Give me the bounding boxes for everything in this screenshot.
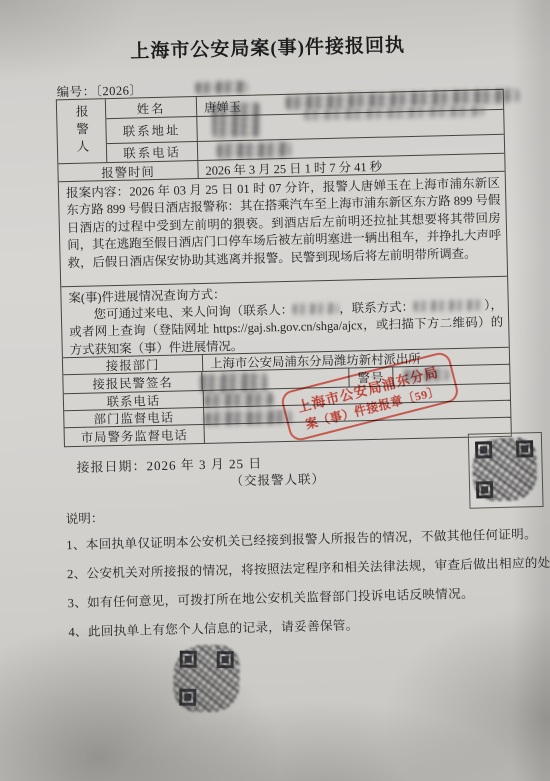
dept-phone-label: 部门监督电话 <box>64 408 203 427</box>
note-item: 1、本回执单仅证明本公安机关已经接到报警人所报告的情况，不做其他任何证明。 <box>66 522 550 553</box>
redacted-document-number <box>195 81 247 94</box>
redacted-contact-phone <box>205 392 273 408</box>
city-phone-label: 市局警务监督电话 <box>65 425 204 446</box>
reporter-group-label: 报警人 <box>72 105 91 158</box>
notes-title: 说明： <box>65 496 550 527</box>
receipt-document: 上海市公安局案(事)件接报回执 编号：〔2026〕 报警人 姓名 唐婵玉 联系地… <box>0 0 550 781</box>
document-number-label: 编号： <box>56 84 95 99</box>
qr-code-icon <box>475 440 534 498</box>
redacted-phone <box>217 142 291 159</box>
qr-code-icon <box>179 651 234 707</box>
report-content-row: 报案内容：2026 年 03 月 25 日 01 时 07 分许，报警人唐婵玉在… <box>59 171 507 286</box>
phone-label: 联系电话 <box>106 142 197 162</box>
document-number-value: 〔2026〕 <box>95 83 142 98</box>
officer-label: 接报民警签名 <box>63 372 201 393</box>
photographed-paper: 上海市公安局案(事)件接报回执 编号：〔2026〕 报警人 姓名 唐婵玉 联系地… <box>0 0 550 781</box>
redacted-contact-method <box>414 300 484 313</box>
report-content-text: 报案内容：2026 年 03 月 25 日 01 时 07 分许，报警人唐婵玉在… <box>59 172 507 286</box>
note-item: 4、此回执单上有您个人信息的记录，请妥善保管。 <box>68 609 550 640</box>
note-item: 3、如有任何意见，可拨打所在地公安机关监督部门投诉电话反映情况。 <box>67 580 550 611</box>
query-info-row: 案(事)件进展情况查询方式： 您可通过来电、来人问询（联系人：，联系方式：），或… <box>61 276 509 357</box>
address-label: 联系地址 <box>105 117 197 143</box>
redacted-signature <box>200 372 266 393</box>
scribble-overlay <box>173 645 240 713</box>
redacted-dept-phone <box>205 410 291 426</box>
redacted-address <box>212 103 261 138</box>
dept-label: 接报部门 <box>63 355 202 374</box>
scribble-overlay <box>472 437 537 501</box>
redacted-contact-person <box>293 303 339 315</box>
name-label: 姓名 <box>105 97 196 118</box>
document-title: 上海市公安局案(事)件接报回执 <box>0 27 543 67</box>
note-item: 2、公安机关对所接报的情况，将按照法定程序和相关法律法规，审查后做出相应的处理。 <box>67 551 550 582</box>
receipt-date-label: 接报日期： <box>76 458 146 475</box>
notes-section: 说明： 1、本回执单仅证明本公安机关已经接到报警人所报告的情况，不做其他任何证明… <box>65 496 550 650</box>
contact-label: 联系电话 <box>64 391 203 410</box>
report-time-label: 报警时间 <box>58 161 197 181</box>
query-info-text: 案(事)件进展情况查询方式： 您可通过来电、来人问询（联系人：，联系方式：），或… <box>61 277 509 357</box>
reporter-group-cell: 报警人 <box>57 99 106 163</box>
